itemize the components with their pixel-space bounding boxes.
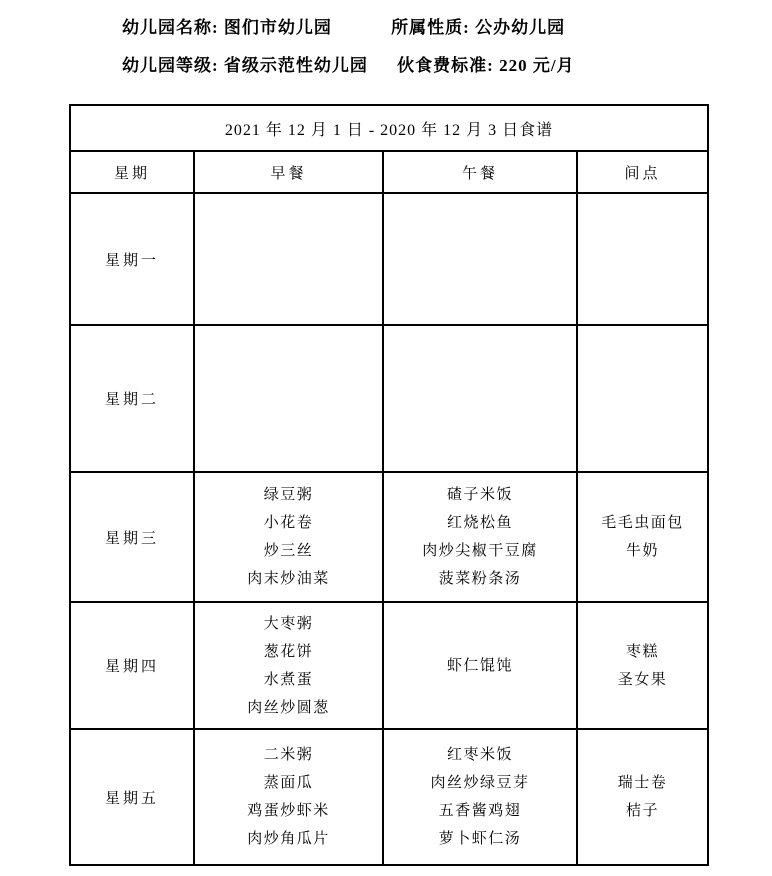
kindergarten-name-field: 幼儿园名称: 图们市幼儿园 bbox=[122, 18, 332, 37]
ownership-field: 所属性质: 公办幼儿园 bbox=[391, 18, 565, 37]
col-header-snack: 间点 bbox=[577, 151, 708, 193]
lunch-cell: 碴子米饭 红烧松鱼 肉炒尖椒干豆腐 菠菜粉条汤 bbox=[383, 472, 577, 602]
table-row-wednesday: 星期三 绿豆粥 小花卷 炒三丝 肉末炒油菜 碴子米饭 红烧松鱼 肉炒尖椒干豆腐 … bbox=[70, 472, 708, 602]
header-line-1: 幼儿园名称: 图们市幼儿园 所属性质: 公办幼儿园 bbox=[122, 9, 575, 47]
snack-cell: 毛毛虫面包 牛奶 bbox=[577, 472, 708, 602]
day-cell: 星期四 bbox=[70, 602, 194, 729]
lunch-cell bbox=[383, 193, 577, 325]
lunch-cell: 虾仁馄饨 bbox=[383, 602, 577, 729]
lunch-cell bbox=[383, 325, 577, 472]
table-row-friday: 星期五 二米粥 蒸面瓜 鸡蛋炒虾米 肉炒角瓜片 红枣米饭 肉丝炒绿豆芽 五香酱鸡… bbox=[70, 729, 708, 865]
day-cell: 星期一 bbox=[70, 193, 194, 325]
snack-cell bbox=[577, 325, 708, 472]
breakfast-cell bbox=[194, 193, 383, 325]
menu-document: 幼儿园名称: 图们市幼儿园 所属性质: 公办幼儿园 幼儿园等级: 省级示范性幼儿… bbox=[0, 0, 772, 876]
col-header-lunch: 午餐 bbox=[383, 151, 577, 193]
day-cell: 星期二 bbox=[70, 325, 194, 472]
fee-field: 伙食费标准: 220 元/月 bbox=[397, 56, 574, 75]
breakfast-cell: 二米粥 蒸面瓜 鸡蛋炒虾米 肉炒角瓜片 bbox=[194, 729, 383, 865]
table-row-monday: 星期一 bbox=[70, 193, 708, 325]
col-header-day: 星期 bbox=[70, 151, 194, 193]
breakfast-cell: 绿豆粥 小花卷 炒三丝 肉末炒油菜 bbox=[194, 472, 383, 602]
lunch-cell: 红枣米饭 肉丝炒绿豆芽 五香酱鸡翅 萝卜虾仁汤 bbox=[383, 729, 577, 865]
document-header: 幼儿园名称: 图们市幼儿园 所属性质: 公办幼儿园 幼儿园等级: 省级示范性幼儿… bbox=[122, 9, 575, 85]
table-row-thursday: 星期四 大枣粥 葱花饼 水煮蛋 肉丝炒圆葱 虾仁馄饨 枣糕 圣女果 bbox=[70, 602, 708, 729]
col-header-breakfast: 早餐 bbox=[194, 151, 383, 193]
breakfast-cell: 大枣粥 葱花饼 水煮蛋 肉丝炒圆葱 bbox=[194, 602, 383, 729]
day-cell: 星期三 bbox=[70, 472, 194, 602]
table-header-row: 星期 早餐 午餐 间点 bbox=[70, 151, 708, 193]
menu-table: 2021 年 12 月 1 日 - 2020 年 12 月 3 日食谱 星期 早… bbox=[69, 104, 709, 866]
table-title: 2021 年 12 月 1 日 - 2020 年 12 月 3 日食谱 bbox=[70, 105, 708, 151]
breakfast-cell bbox=[194, 325, 383, 472]
snack-cell bbox=[577, 193, 708, 325]
snack-cell: 瑞士卷 桔子 bbox=[577, 729, 708, 865]
snack-cell: 枣糕 圣女果 bbox=[577, 602, 708, 729]
header-line-2: 幼儿园等级: 省级示范性幼儿园 伙食费标准: 220 元/月 bbox=[122, 47, 575, 85]
grade-field: 幼儿园等级: 省级示范性幼儿园 bbox=[122, 56, 368, 75]
table-row-tuesday: 星期二 bbox=[70, 325, 708, 472]
table-title-row: 2021 年 12 月 1 日 - 2020 年 12 月 3 日食谱 bbox=[70, 105, 708, 151]
day-cell: 星期五 bbox=[70, 729, 194, 865]
